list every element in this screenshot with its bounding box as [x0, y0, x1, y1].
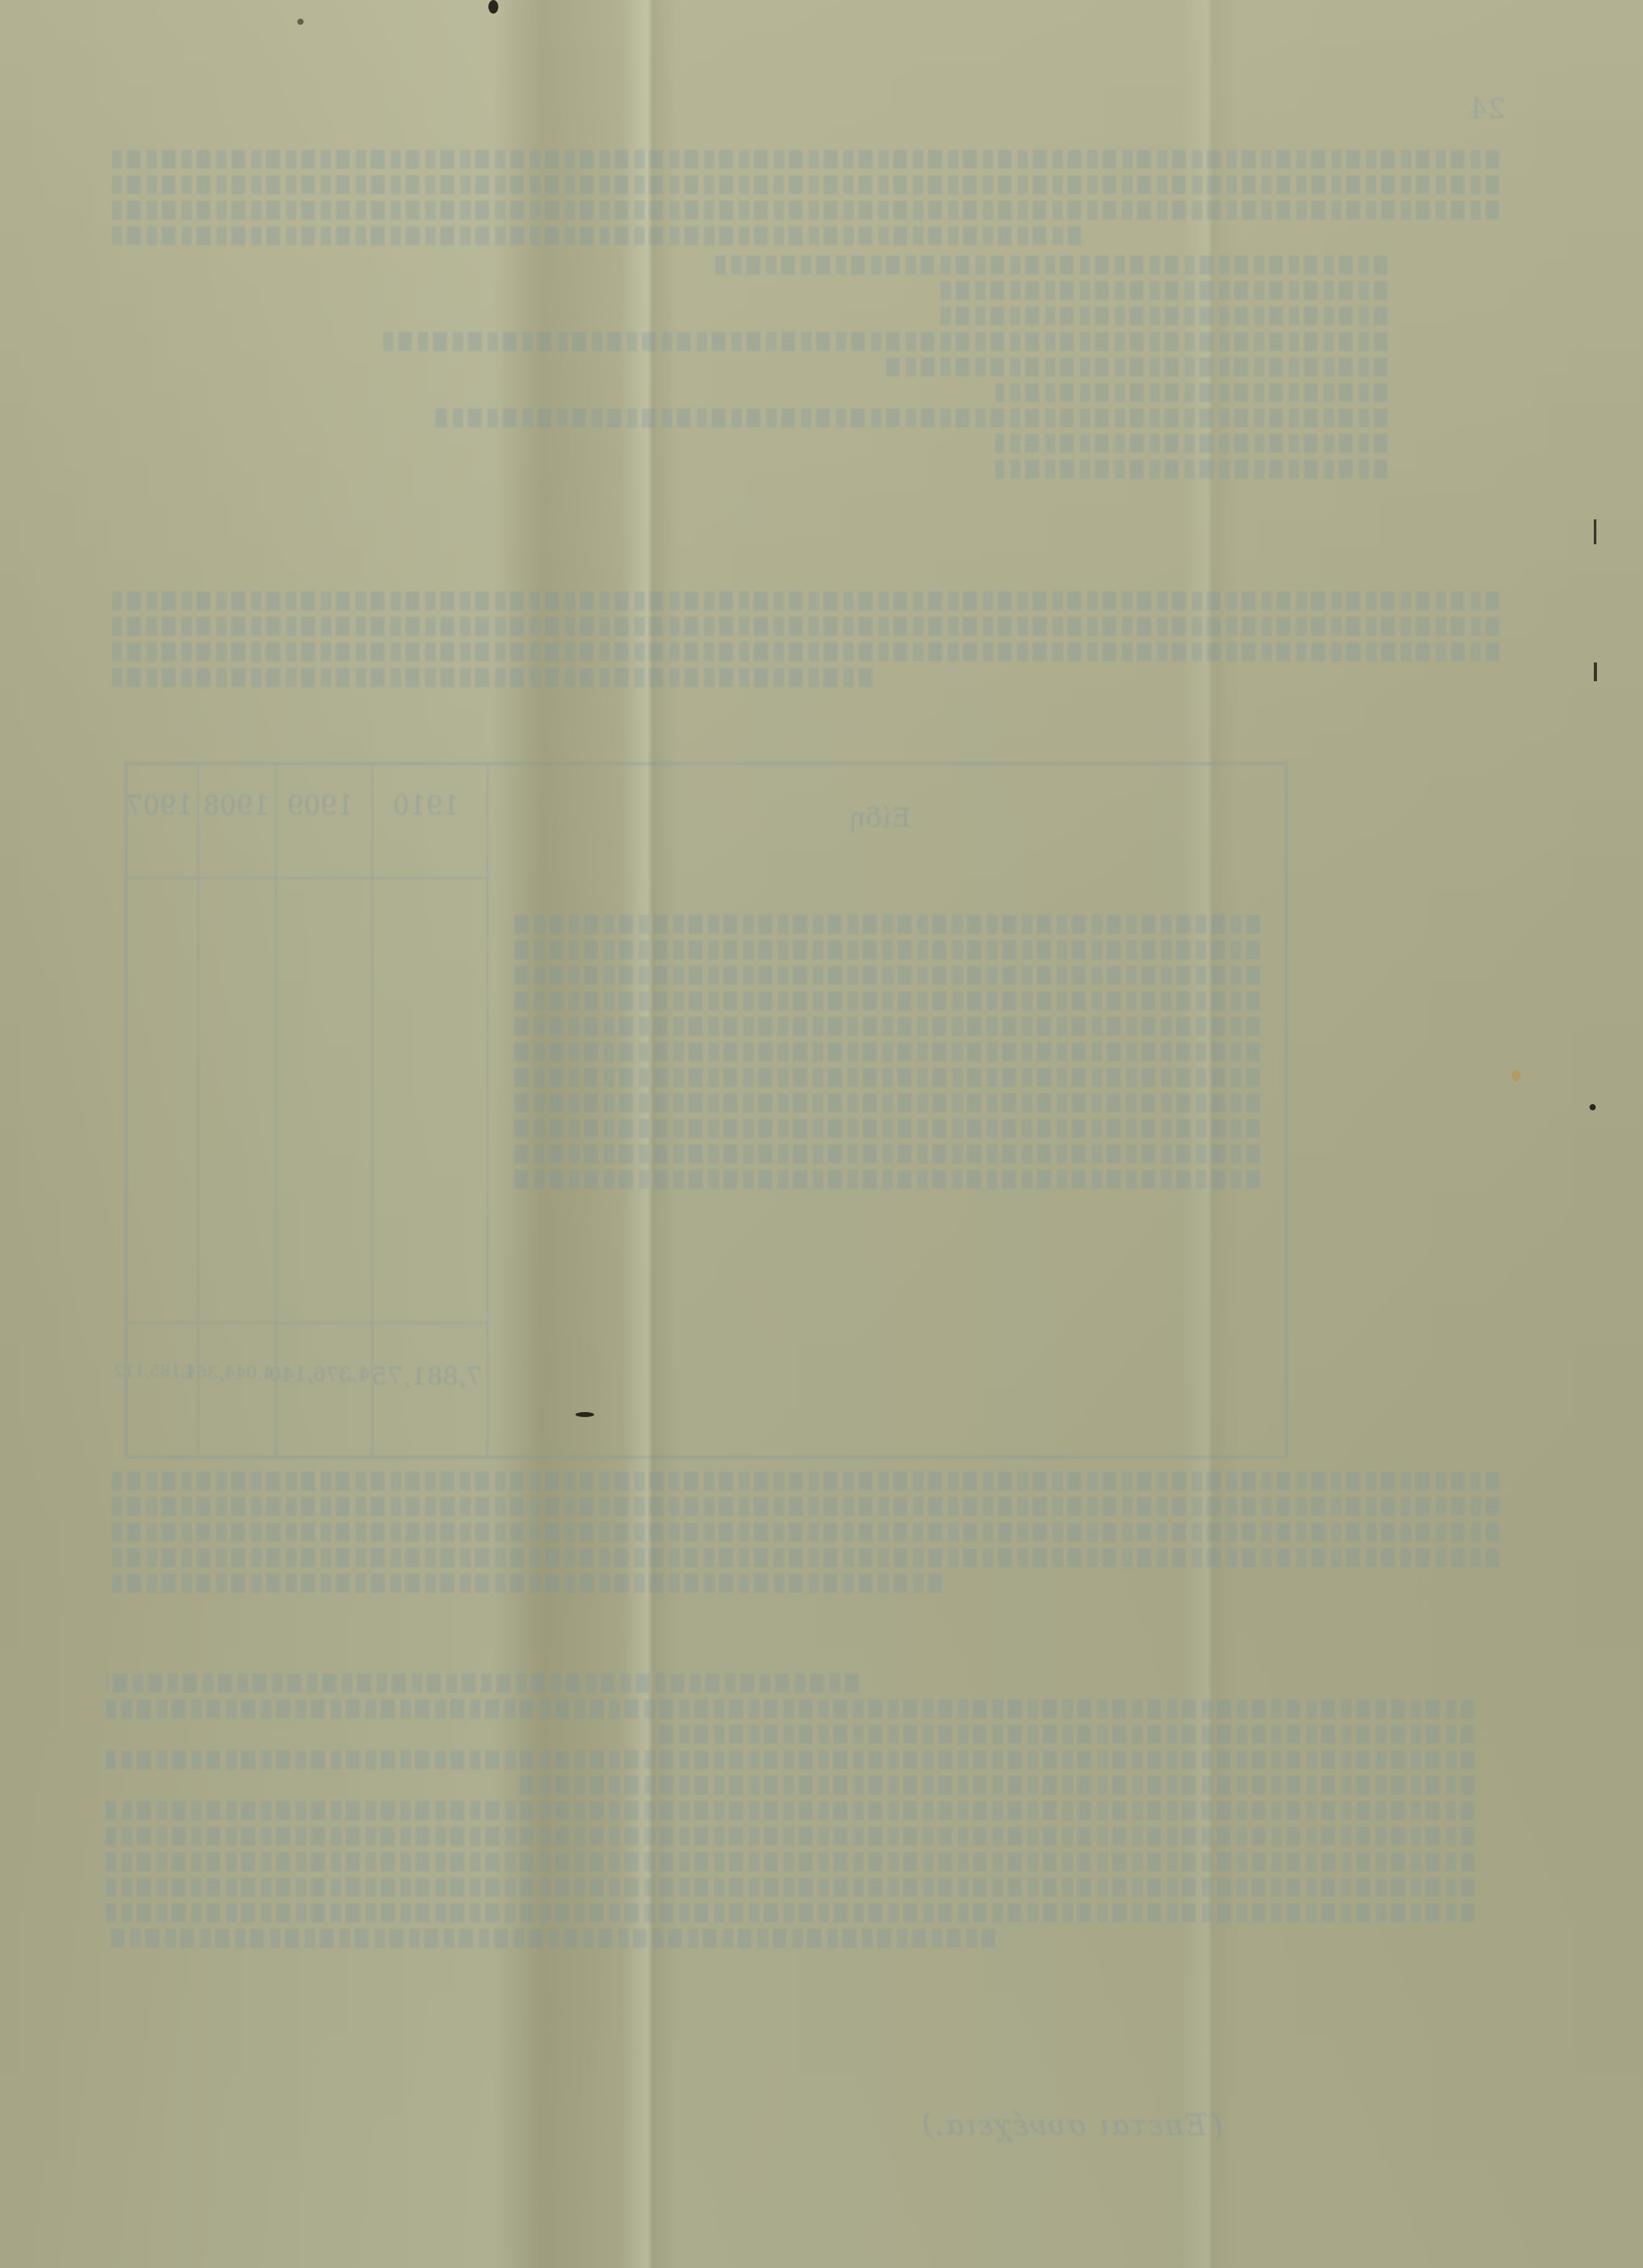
table-header-description: Είδη: [600, 802, 1160, 833]
edge-mark: [1594, 519, 1596, 544]
table-header-year: 1910: [376, 790, 476, 820]
page-number: 24: [1468, 93, 1506, 126]
table-header-year: 1908: [202, 790, 271, 820]
bleed-through-layer: 24 1910 1909 1908 1907 Είδη: [0, 0, 1643, 2268]
table-item-labels: [513, 908, 1260, 1196]
stain-spot: [1512, 1070, 1520, 1081]
total-cell: 4,044,361: [185, 1362, 274, 1383]
ink-smudge: [575, 1412, 594, 1417]
ink-spot: [488, 0, 498, 14]
total-cell: 7,881,75: [371, 1362, 482, 1391]
ink-spot: [297, 19, 304, 25]
table-header-year: 1909: [277, 790, 364, 820]
table-header-year: 1907: [131, 790, 193, 820]
closing-caption: (Έπεται συνέχεια.): [921, 2109, 1223, 2141]
paragraph-lower: [106, 1465, 1499, 1599]
figures-list: [268, 249, 1387, 485]
figures-list-2: [106, 1667, 1474, 1954]
edge-mark: [1594, 662, 1597, 681]
total-cell: 4,185,112: [114, 1362, 196, 1381]
paragraph-middle: [106, 585, 1499, 694]
ink-spot: [1589, 1104, 1596, 1110]
data-table: 1910 1909 1908 1907 Είδη 7,881,75 4,376,…: [124, 762, 1288, 1459]
paragraph-top: [106, 143, 1499, 252]
total-cell: 4,376,140: [269, 1362, 370, 1386]
